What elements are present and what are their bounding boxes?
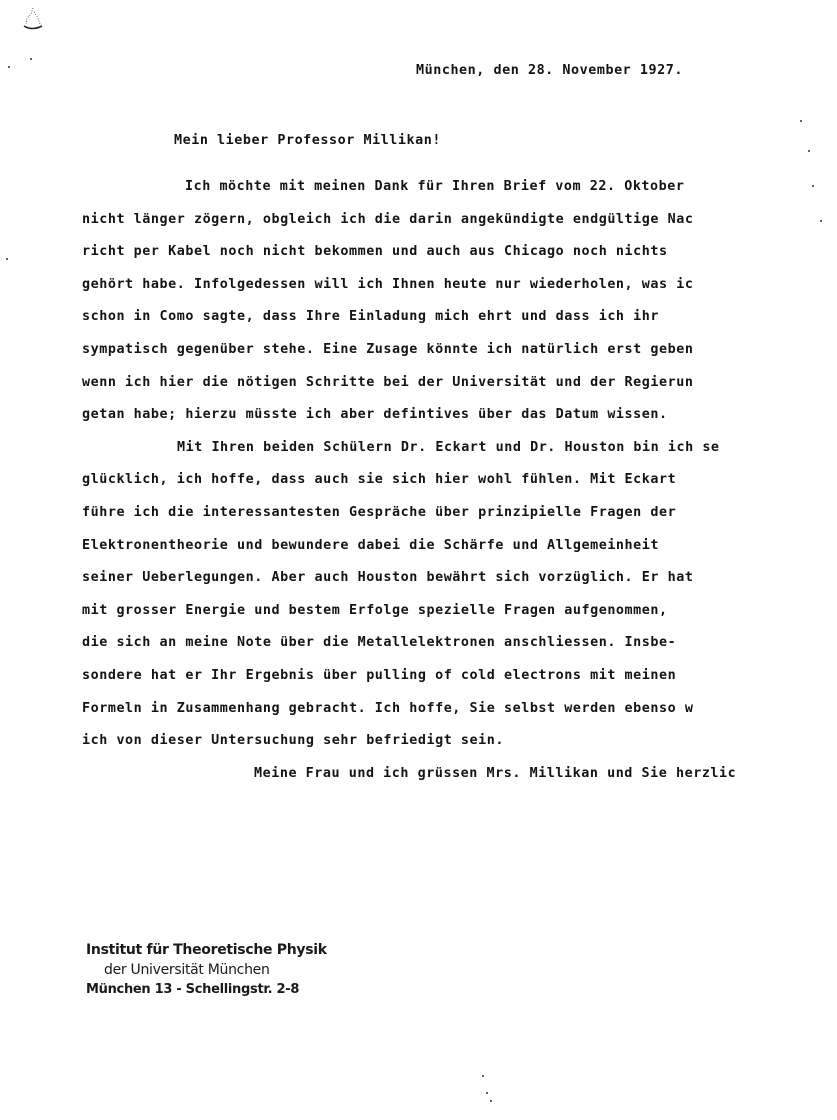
letter-line: gehört habe. Infolgedessen will ich Ihne… [82, 278, 693, 291]
letter-line: Elektronentheorie und bewundere dabei di… [82, 539, 659, 552]
scan-speck [808, 150, 810, 152]
letter-line: Formeln in Zusammenhang gebracht. Ich ho… [82, 702, 693, 715]
scan-speck [820, 220, 822, 222]
scan-speck [486, 1092, 488, 1094]
letter-line: sympatisch gegenüber stehe. Eine Zusage … [82, 343, 693, 356]
scan-speck [482, 1075, 484, 1077]
letter-line: schon in Como sagte, dass Ihre Einladung… [82, 310, 659, 323]
letter-line: seiner Ueberlegungen. Aber auch Houston … [82, 571, 693, 584]
stamp-university: der Universität München [86, 960, 327, 980]
letter-line: Meine Frau und ich grüssen Mrs. Millikan… [254, 767, 736, 780]
letter-line: Ich möchte mit meinen Dank für Ihren Bri… [185, 180, 685, 193]
ink-blot-mark [18, 4, 48, 34]
letter-line: richt per Kabel noch nicht bekommen und … [82, 245, 668, 258]
letter-line: ich von dieser Untersuchung sehr befried… [82, 734, 504, 747]
letter-line: glücklich, ich hoffe, dass auch sie sich… [82, 473, 676, 486]
letter-line: führe ich die interessantesten Gespräche… [82, 506, 676, 519]
letter-line: sondere hat er Ihr Ergebnis über pulling… [82, 669, 676, 682]
scan-speck [800, 120, 802, 122]
letter-line: mit grosser Energie und bestem Erfolge s… [82, 604, 668, 617]
letter-line: wenn ich hier die nötigen Schritte bei d… [82, 376, 693, 389]
letter-page: München, den 28. November 1927. Mein lie… [0, 0, 837, 1120]
scan-speck [6, 258, 8, 260]
stamp-address: München 13 - Schellingstr. 2-8 [86, 980, 327, 1000]
letter-line: getan habe; hierzu müsste ich aber defin… [82, 408, 668, 421]
scan-speck [490, 1100, 492, 1102]
stamp-institute-name: Institut für Theoretische Physik [86, 940, 327, 960]
scan-speck [812, 185, 814, 187]
scan-speck [30, 58, 32, 60]
letter-dateline: München, den 28. November 1927. [416, 64, 683, 77]
letter-line: die sich an meine Note über die Metallel… [82, 636, 676, 649]
letter-line: Mit Ihren beiden Schülern Dr. Eckart und… [177, 441, 720, 454]
scan-speck [8, 66, 10, 68]
letter-salutation: Mein lieber Professor Millikan! [174, 134, 441, 147]
letter-line: nicht länger zögern, obgleich ich die da… [82, 213, 693, 226]
institute-stamp: Institut für Theoretische Physik der Uni… [86, 940, 327, 1000]
